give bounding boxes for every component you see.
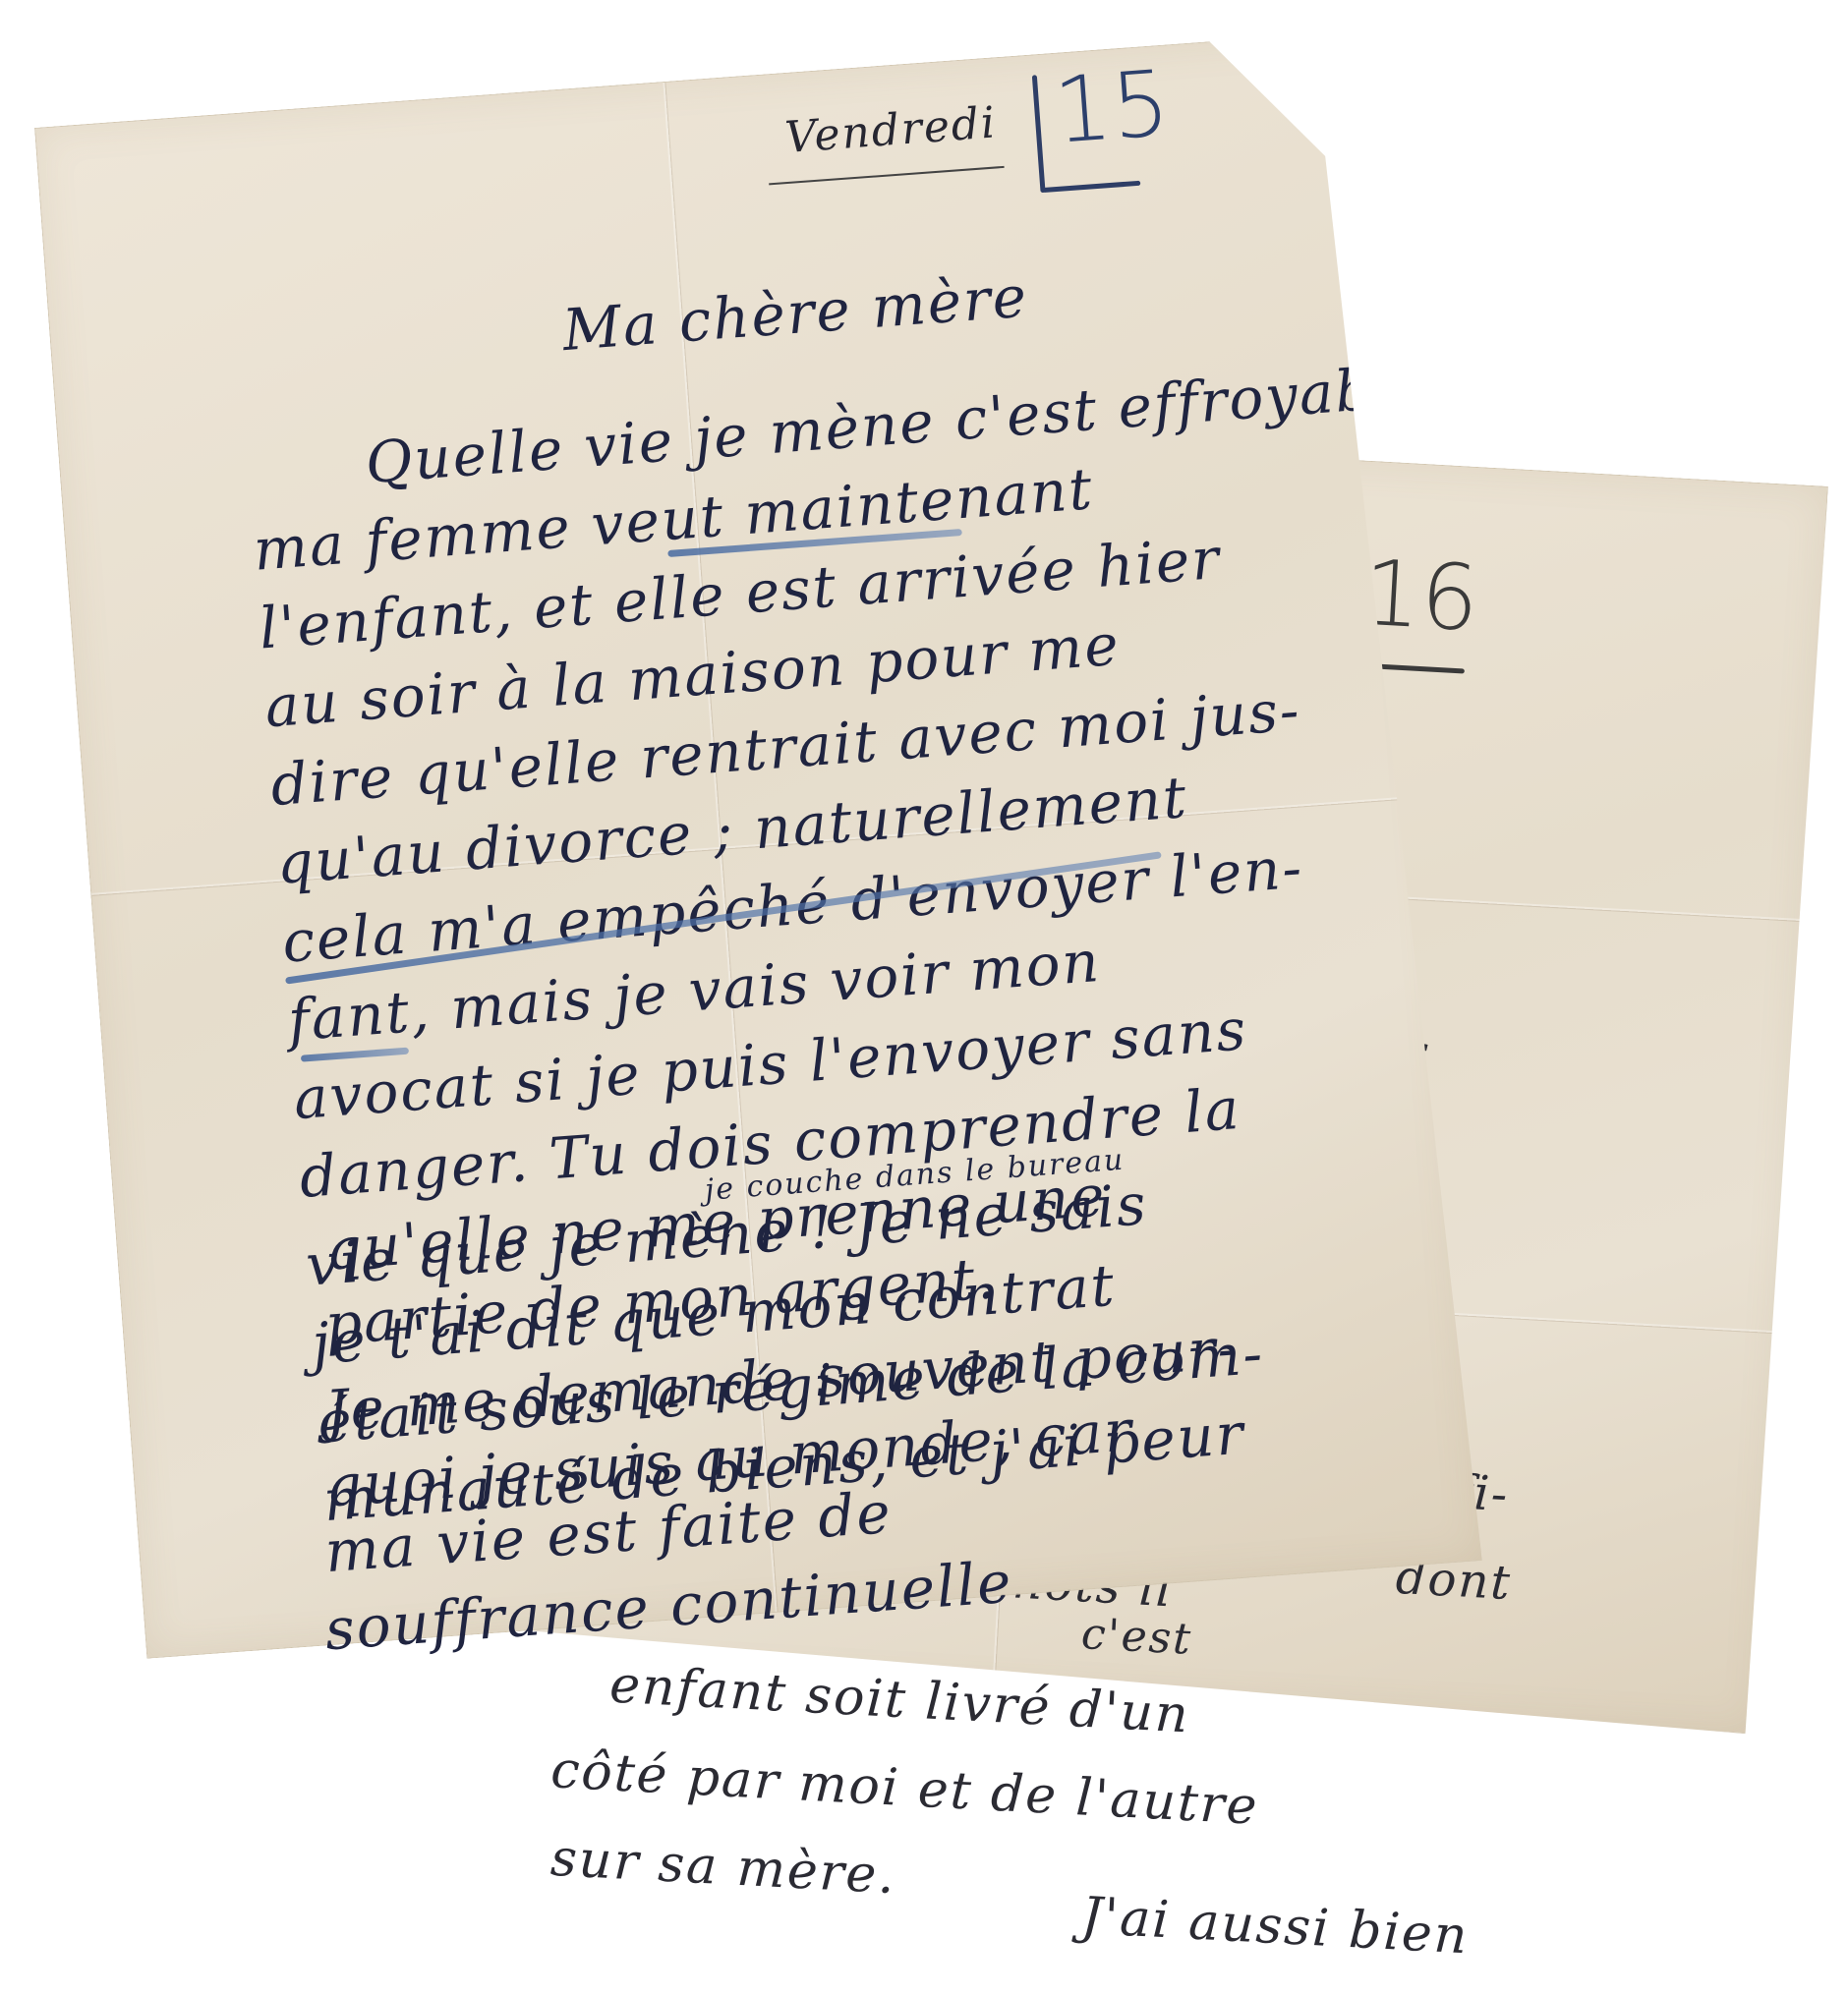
- letter-line: J'ai aussi bien: [1080, 1887, 1471, 1966]
- page-number-underline: [1042, 181, 1140, 193]
- letter-sheet-page-15: Vendredi 15 Ma chère mère Quelle vie je …: [34, 29, 1482, 1659]
- page-number-bracket: [1032, 75, 1046, 193]
- letter-line: sur sa mère.: [549, 1829, 898, 1906]
- date-underline: [769, 166, 1005, 186]
- letter-line: côté par moi et de l'autre: [549, 1740, 1260, 1837]
- page-number: 16: [1360, 541, 1481, 652]
- letter-date: Vendredi: [783, 97, 999, 163]
- page-number: 15: [1051, 51, 1174, 164]
- letter-salutation: Ma chère mère: [560, 263, 1030, 365]
